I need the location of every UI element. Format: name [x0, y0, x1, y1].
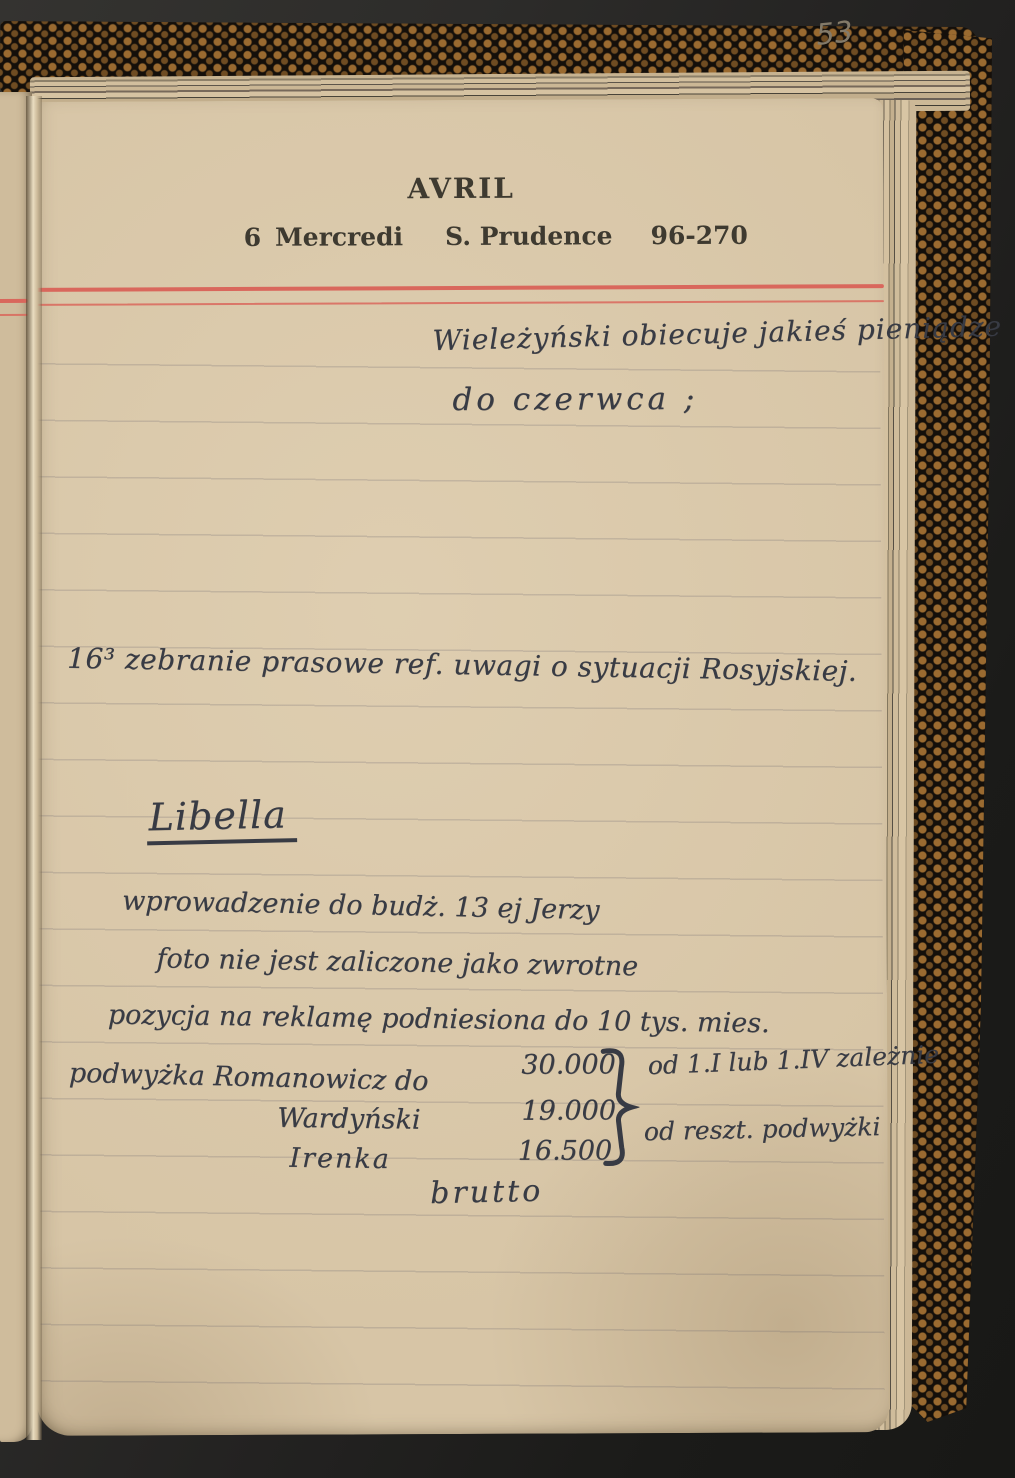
handwritten-note1-line2: do czerwca ;	[452, 381, 698, 418]
day-number: 6	[244, 223, 262, 252]
printed-month-title: AVRIL	[407, 172, 515, 205]
total-label-brutto: brutto	[430, 1174, 544, 1211]
gutter-fold	[26, 96, 42, 1440]
diary-scan: 53 AVRIL 6 Mercredi S. Prudence 96-270 W…	[0, 0, 1015, 1478]
red-header-rule-thick	[32, 284, 884, 292]
salary-brace-mark	[597, 1045, 640, 1173]
printed-day-line: 6 Mercredi S. Prudence 96-270	[244, 221, 748, 252]
ruled-lines	[36, 316, 885, 1432]
red-rule-sliver-thick	[0, 299, 28, 303]
red-rule-sliver-thin	[0, 314, 28, 316]
diary-page: AVRIL 6 Mercredi S. Prudence 96-270 Wiel…	[31, 98, 889, 1436]
salary-row-name: Irenka	[289, 1143, 391, 1175]
folio-page-number: 53	[814, 14, 854, 52]
day-name: Mercredi	[275, 222, 403, 252]
saint-of-day: S. Prudence	[445, 221, 613, 251]
salary-row-name: Wardyński	[277, 1103, 421, 1136]
day-count: 96-270	[650, 221, 747, 250]
red-header-rule-thin	[32, 300, 884, 306]
section-title-libella: Libella	[146, 792, 297, 845]
brace-annotation-2: od reszt. podwyżki	[644, 1112, 881, 1146]
